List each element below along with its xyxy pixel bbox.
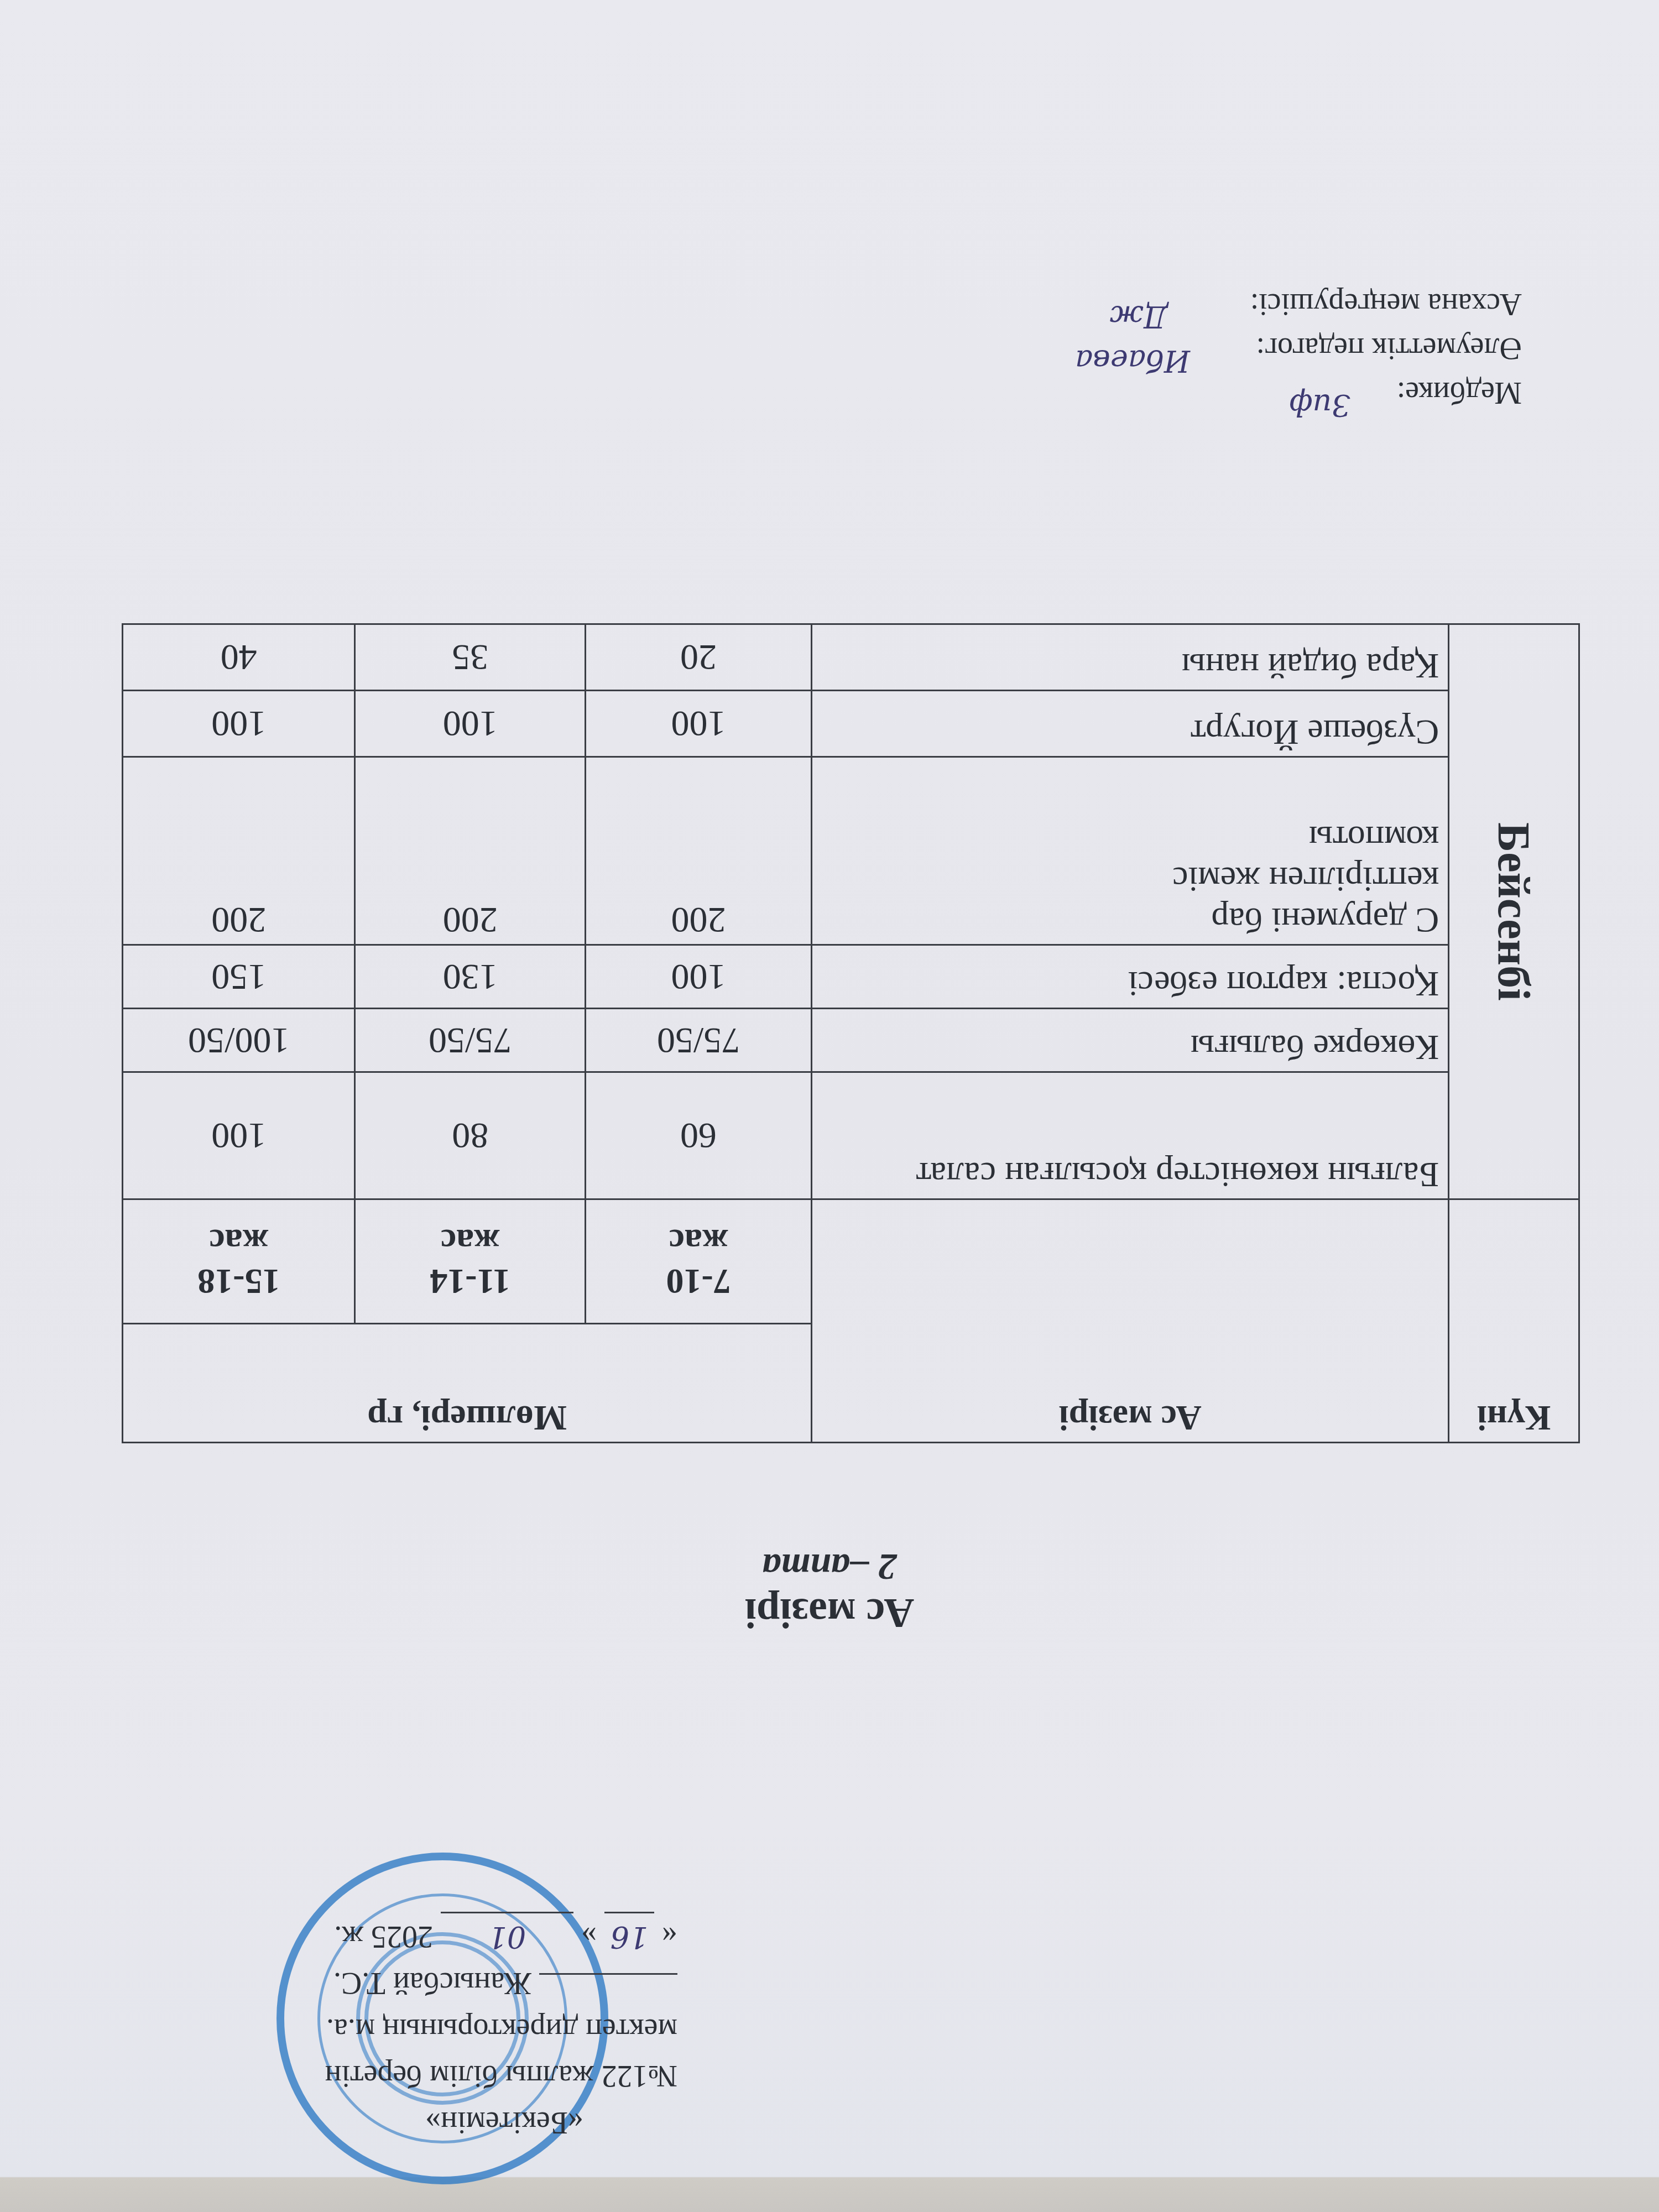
header-age-2: 11-14жас [355, 1199, 585, 1324]
approval-block: «Бекітемін» №122 жалпы білім беретін мек… [124, 1912, 677, 2146]
portion-cell: 200 [585, 757, 811, 945]
header-age-3: 15-18жас [123, 1199, 356, 1324]
signature-role: Әлеуметтік педагог: [1256, 331, 1522, 366]
signature-role: Асхана меңгерушісі: [1250, 287, 1522, 321]
signature-row-social-pedagogue: Әлеуметтік педагог: Ибаева [1250, 326, 1522, 371]
approval-org: №122 жалпы білім беретін [124, 2053, 677, 2099]
signature-row-canteen-head: Асхана меңгерушісі: Дж [1250, 282, 1522, 326]
menu-table: Күні Ас мәзірі Мөлшері, гр 7-10жас 11-14… [122, 623, 1580, 1443]
header-row: Күні Ас мәзірі Мөлшері, гр [123, 1324, 1579, 1443]
date-quote-close: » [581, 1919, 597, 1954]
signature-role: Медбике: [1397, 375, 1522, 410]
portion-cell: 200 [355, 757, 585, 945]
dish-cell: Балғын көкөністер қосылған салат [812, 1072, 1449, 1199]
portion-cell: 80 [355, 1072, 585, 1199]
portion-cell: 130 [355, 945, 585, 1009]
portion-cell: 20 [585, 624, 811, 691]
table-row: Қара бидай наны 20 35 40 [123, 624, 1579, 691]
table-row: Сүзбеше Йогурт 100 100 100 [123, 691, 1579, 757]
day-cell: Бейсенбі [1449, 624, 1579, 1199]
dish-cell: Қара бидай наны [812, 624, 1449, 691]
handwritten-signature: Зиф [1289, 383, 1350, 427]
portion-cell: 60 [585, 1072, 811, 1199]
approval-name-line: Жанысбай Т.С. [124, 1960, 677, 2006]
title-main: Ас мәзірі [653, 1589, 1006, 1637]
handwritten-signature: Ибаева [1075, 338, 1190, 383]
portion-cell: 100 [585, 945, 811, 1009]
header-day: Күні [1449, 1199, 1579, 1443]
dish-cell: Сүзбеше Йогурт [812, 691, 1449, 757]
handwritten-signature: Дж [1110, 294, 1168, 338]
portion-cell: 100 [355, 691, 585, 757]
date-year: 2025 [371, 1919, 433, 1954]
portion-cell: 35 [355, 624, 585, 691]
date-quote-open: « [662, 1919, 677, 1954]
portion-cell: 40 [123, 624, 356, 691]
approval-position: мектеп директорының м.а. [124, 2006, 677, 2053]
portion-cell: 75/50 [355, 1009, 585, 1072]
approval-date: « 16 » 01 2025 ж. [124, 1912, 677, 1960]
header-portion: Мөлшері, гр [123, 1324, 812, 1443]
portion-cell: 100 [123, 1072, 356, 1199]
dish-cell: Көкөрке балығы [812, 1009, 1449, 1072]
portion-cell: 150 [123, 945, 356, 1009]
portion-cell: 75/50 [585, 1009, 811, 1072]
portion-cell: 100/50 [123, 1009, 356, 1072]
table-row: Көкөрке балығы 75/50 75/50 100/50 [123, 1009, 1579, 1072]
document-title: Ас мәзірі 2 –апта [653, 1545, 1006, 1637]
table-row: Қоспа: картоп езбесі 100 130 150 [123, 945, 1579, 1009]
header-age-1: 7-10жас [585, 1199, 811, 1324]
document-page: «Бекітемін» №122 жалпы білім беретін мек… [0, 0, 1659, 2212]
dish-cell: С дәрумені бар кептірілген жеміс компоты [812, 757, 1449, 945]
table-row: С дәрумені бар кептірілген жеміс компоты… [123, 757, 1579, 945]
header-menu: Ас мәзірі [812, 1199, 1449, 1443]
dish-cell: Қоспа: картоп езбесі [812, 945, 1449, 1009]
title-week: 2 –апта [653, 1545, 1006, 1589]
director-name: Жанысбай Т.С. [333, 1966, 531, 2000]
date-month: 01 [441, 1912, 573, 1960]
date-suffix: ж. [334, 1919, 363, 1954]
portion-cell: 200 [123, 757, 356, 945]
signatures-block: Медбике: Зиф Әлеуметтік педагог: Ибаева … [1250, 282, 1522, 415]
portion-cell: 100 [123, 691, 356, 757]
director-signature-line [539, 1973, 677, 1975]
date-day: 16 [604, 1912, 654, 1960]
approval-heading: «Бекітемін» [124, 2099, 677, 2146]
signature-row-nurse: Медбике: Зиф [1250, 371, 1522, 415]
portion-cell: 100 [585, 691, 811, 757]
table-row: Бейсенбі Балғын көкөністер қосылған сала… [123, 1072, 1579, 1199]
